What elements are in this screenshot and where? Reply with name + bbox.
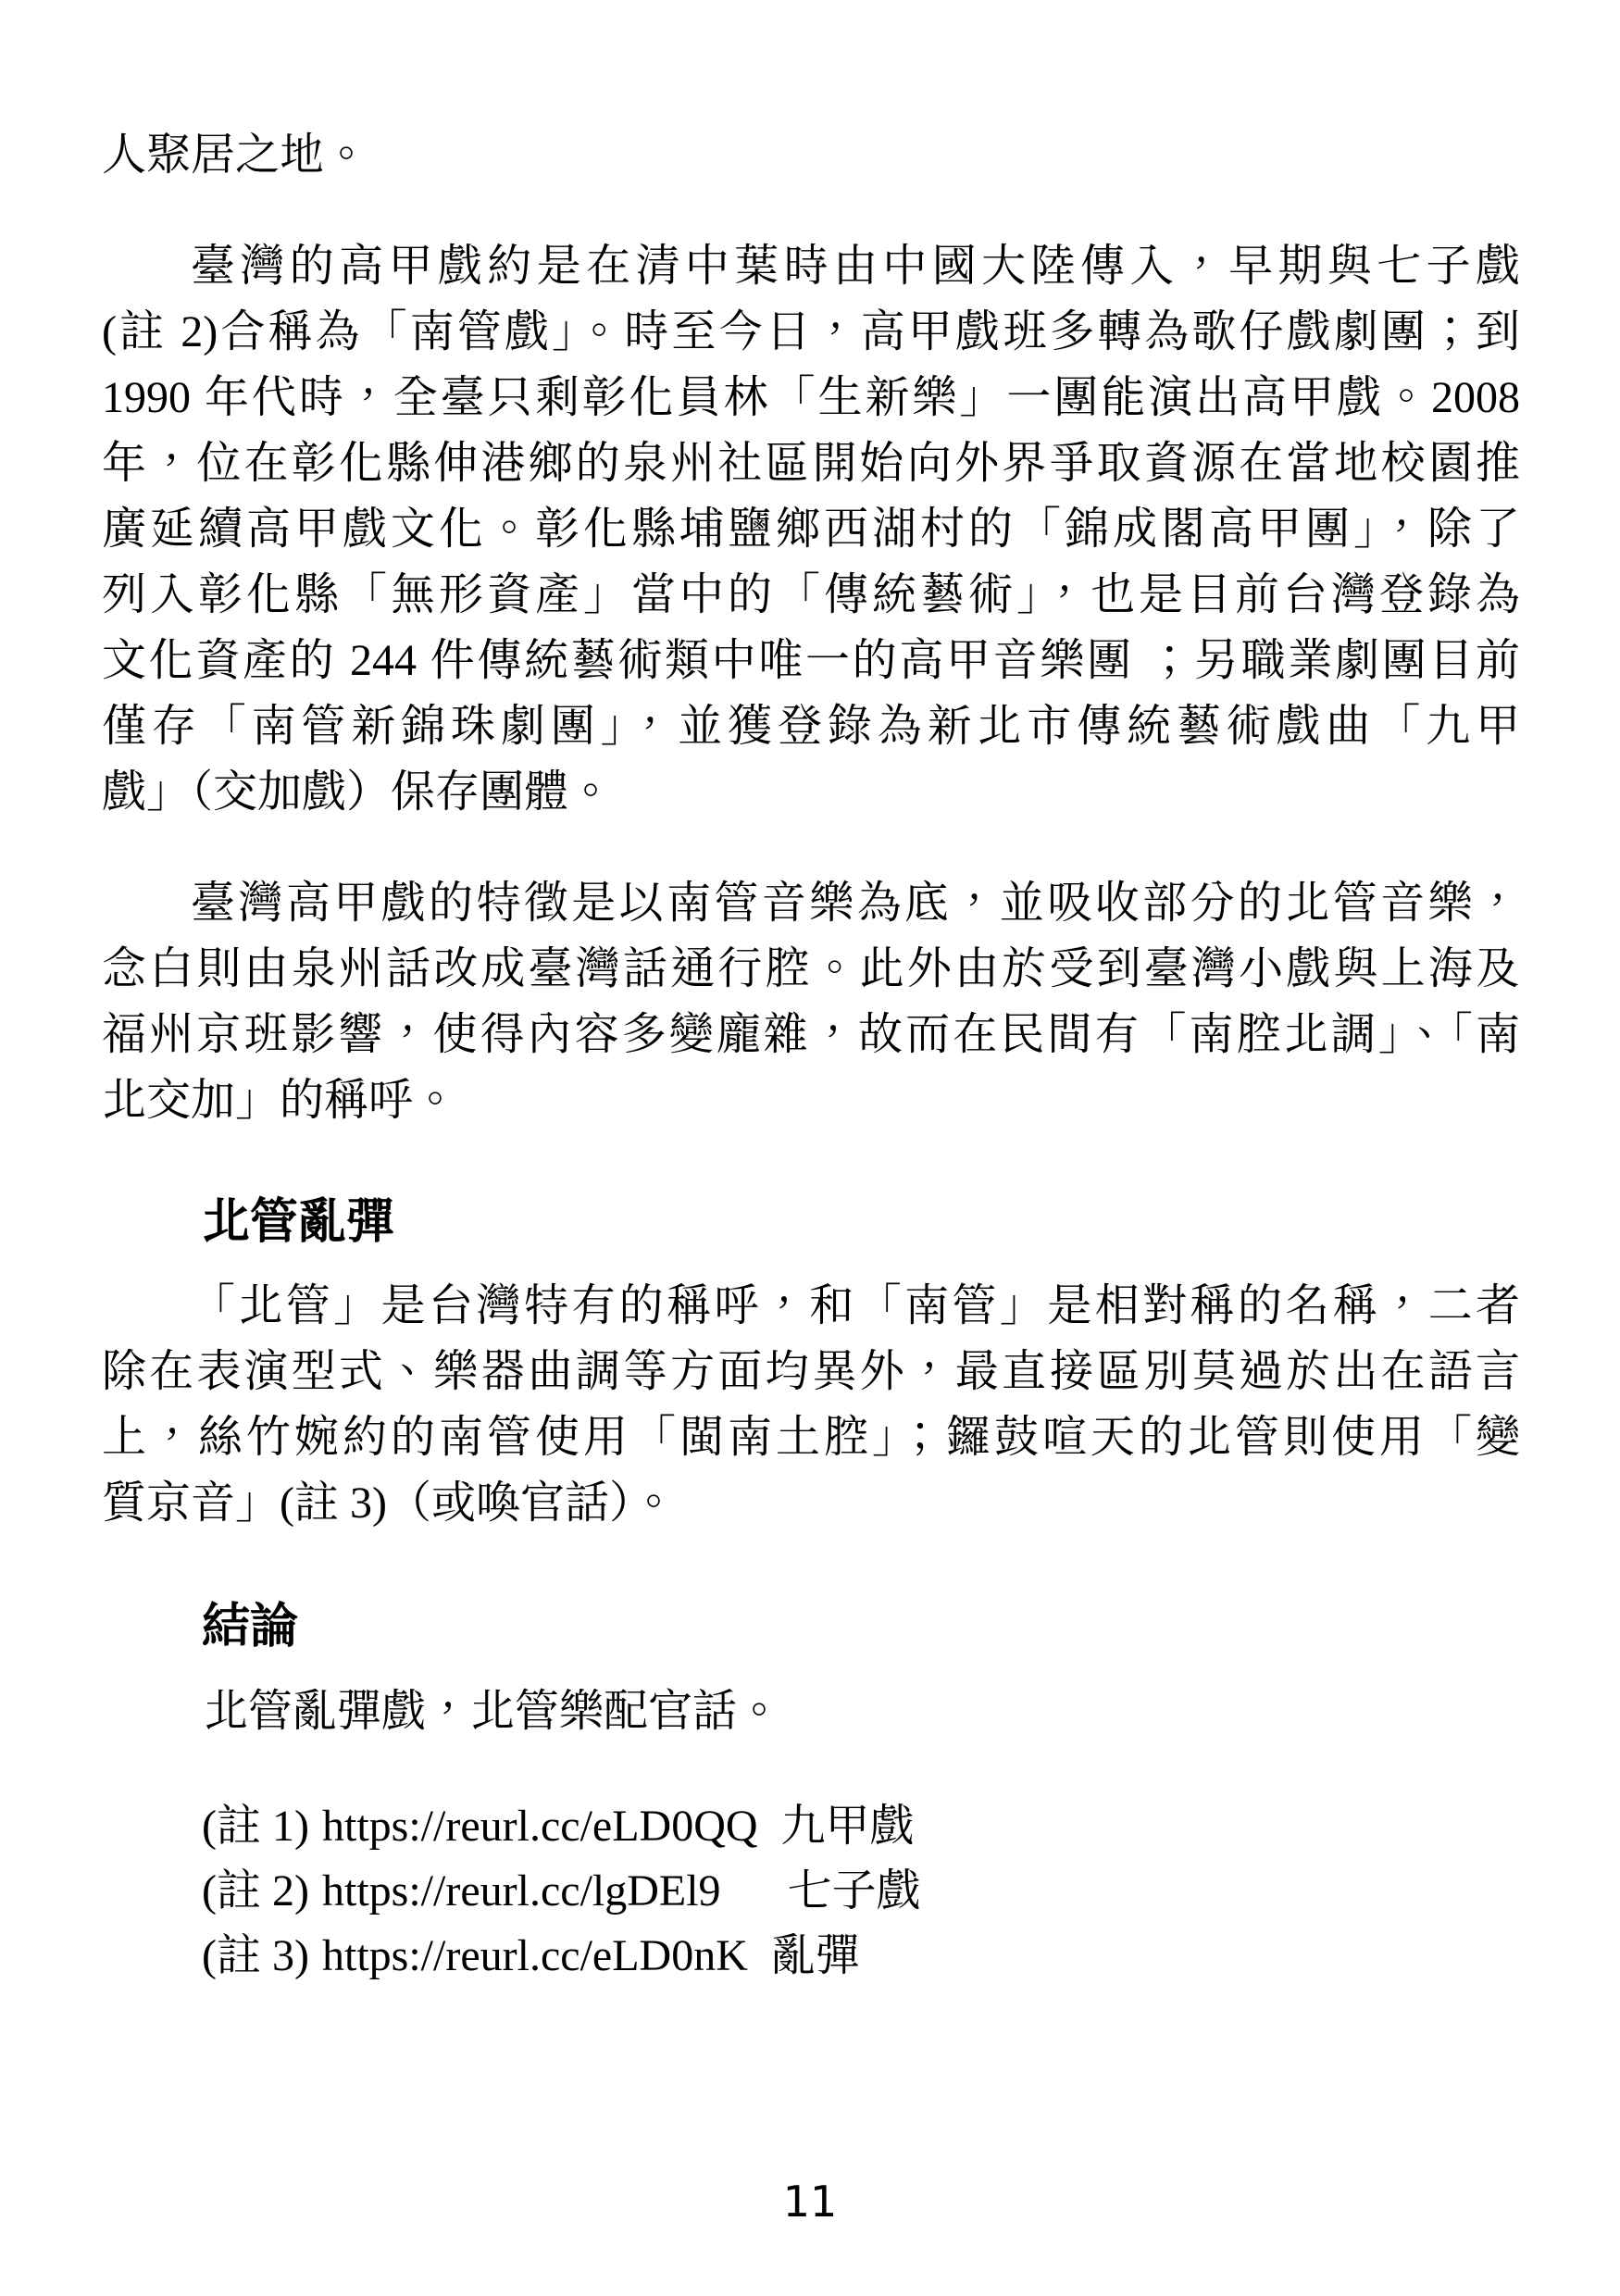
- text-line: (註 2)合稱為「南管戲」。時至今日，高甲戲班多轉為歌仔戲劇團；到: [102, 299, 1520, 365]
- paragraph-beiguan: 「北管」是台灣特有的稱呼，和「南管」是相對稱的名稱，二者 除在表演型式、樂器曲調…: [102, 1273, 1520, 1536]
- text-line: 廣延續高甲戲文化。彰化縣埔鹽鄉西湖村的「錦成閣高甲團」，除了: [102, 496, 1520, 562]
- text-line: 戲」（交加戲）保存團體。: [102, 759, 1520, 825]
- footnote-label: (註 3): [202, 1931, 309, 1980]
- footnote-label: (註 2): [202, 1866, 309, 1915]
- text-line: 僅存「南管新錦珠劇團」，並獲登錄為新北市傳統藝術戲曲「九甲: [102, 693, 1520, 759]
- document-body: 人聚居之地。 臺灣的高甲戲約是在清中葉時由中國大陸傳入，早期與七子戲 (註 2)…: [102, 122, 1520, 1989]
- text-line: 上，絲竹婉約的南管使用「閩南土腔」；鑼鼓喧天的北管則使用「變: [102, 1404, 1520, 1470]
- text-line: 福州京班影響，使得內容多變龐雜，故而在民間有「南腔北調」、「南: [102, 1002, 1520, 1067]
- footnote-title: 亂彈: [771, 1931, 860, 1980]
- text-line: 文化資產的 244 件傳統藝術類中唯一的高甲音樂團 ；另職業劇團目前: [102, 628, 1520, 693]
- footnote-title: 九甲戲: [781, 1802, 915, 1851]
- text-line: 1990 年代時，全臺只剩彰化員林「生新樂」一團能演出高甲戲。2008: [102, 365, 1520, 430]
- paragraph-gaojia-history: 臺灣的高甲戲約是在清中葉時由中國大陸傳入，早期與七子戲 (註 2)合稱為「南管戲…: [102, 233, 1520, 825]
- section-heading-beiguan: 北管亂彈: [202, 1188, 1520, 1257]
- page-number: 11: [0, 2177, 1620, 2226]
- text-line: 除在表演型式、樂器曲調等方面均異外，最直接區別莫過於出在語言: [102, 1339, 1520, 1404]
- footnote-url: https://reurl.cc/eLD0nK: [322, 1931, 748, 1980]
- footnote-row: (註 1)https://reurl.cc/eLD0QQ九甲戲: [202, 1794, 1520, 1859]
- text-line: 臺灣高甲戲的特徵是以南管音樂為底，並吸收部分的北管音樂，: [102, 870, 1520, 936]
- paragraph-conclusion: 北管亂彈戲，北管樂配官話。: [204, 1678, 1520, 1744]
- paragraph-gaojia-features: 臺灣高甲戲的特徵是以南管音樂為底，並吸收部分的北管音樂， 念白則由泉州話改成臺灣…: [102, 870, 1520, 1133]
- text-line: 北交加」的稱呼。: [102, 1067, 1520, 1133]
- text-line: 念白則由泉州話改成臺灣話通行腔。此外由於受到臺灣小戲與上海及: [102, 936, 1520, 1002]
- footnote-url: https://reurl.cc/eLD0QQ: [322, 1802, 758, 1851]
- section-heading-conclusion: 結論: [202, 1592, 1520, 1662]
- footnote-label: (註 1): [202, 1802, 309, 1851]
- paragraph-continuation: 人聚居之地。: [102, 122, 1520, 188]
- text-line: 人聚居之地。: [102, 122, 1520, 188]
- text-line: 年，位在彰化縣伸港鄉的泉州社區開始向外界爭取資源在當地校園推: [102, 430, 1520, 496]
- text-line: 質京音」(註 3)（或喚官話）。: [102, 1470, 1520, 1536]
- footnote-row: (註 3)https://reurl.cc/eLD0nK亂彈: [202, 1924, 1520, 1989]
- text-line: 臺灣的高甲戲約是在清中葉時由中國大陸傳入，早期與七子戲: [102, 233, 1520, 299]
- footnote-title: 七子戲: [788, 1866, 921, 1915]
- text-line: 「北管」是台灣特有的稱呼，和「南管」是相對稱的名稱，二者: [102, 1273, 1520, 1339]
- footnote-url: https://reurl.cc/lgDEl9: [322, 1866, 721, 1915]
- footnote-row: (註 2)https://reurl.cc/lgDEl9七子戲: [202, 1859, 1520, 1924]
- footnotes: (註 1)https://reurl.cc/eLD0QQ九甲戲 (註 2)htt…: [202, 1794, 1520, 1989]
- document-page: { "page": { "number": "11" }, "content":…: [0, 0, 1620, 2296]
- text-line: 列入彰化縣「無形資產」當中的「傳統藝術」，也是目前台灣登錄為: [102, 562, 1520, 628]
